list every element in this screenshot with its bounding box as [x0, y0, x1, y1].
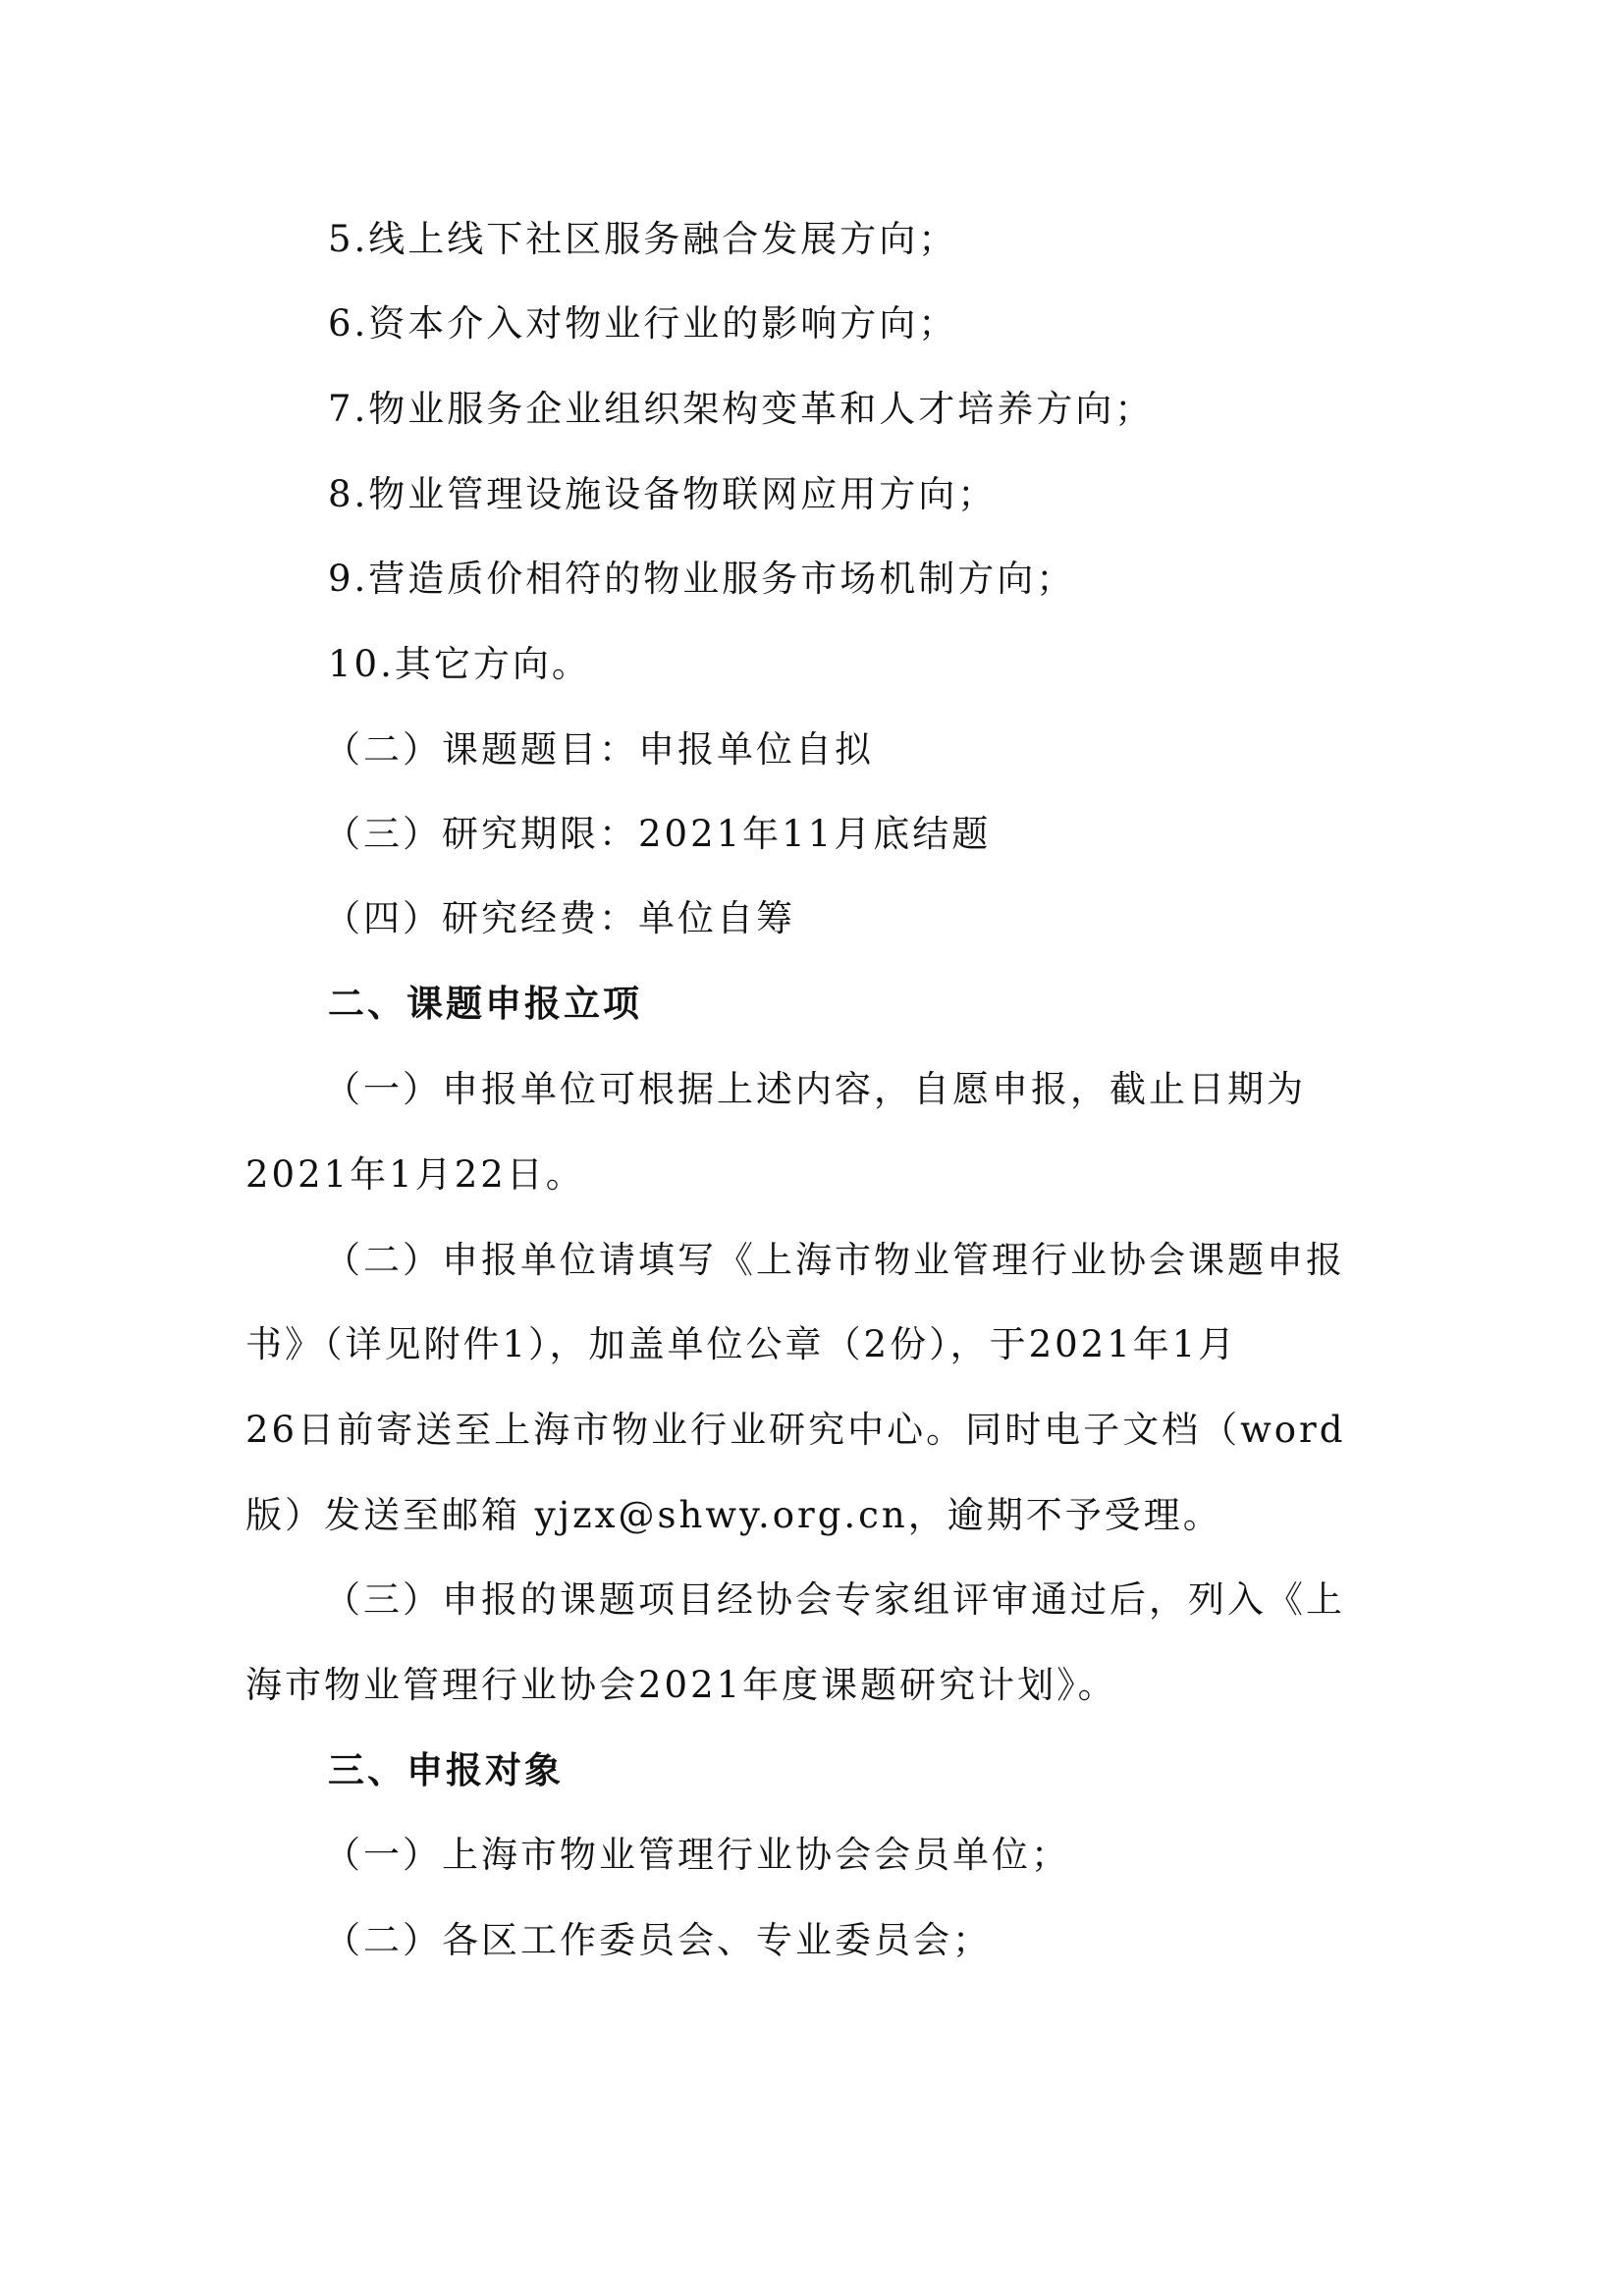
list-item: 7.物业服务企业组织架构变革和人才培养方向；	[328, 388, 1154, 431]
paragraph: 2021年1月22日。	[245, 1153, 585, 1197]
paragraph: 26日前寄送至上海市物业行业研究中心。同时电子文档（word	[245, 1409, 1345, 1452]
list-item: 6.资本介入对物业行业的影响方向；	[328, 302, 957, 346]
paragraph: 海市物业管理行业协会2021年度课题研究计划》。	[245, 1664, 1117, 1707]
list-item: 8.物业管理设施设备物联网应用方向；	[328, 473, 997, 516]
paragraph: （二）各区工作委员会、专业委员会；	[324, 1919, 992, 1962]
paragraph: （三）研究期限：2021年11月底结题	[324, 813, 991, 856]
paragraph: 版）发送至邮箱 yjzx@shwy.org.cn，逾期不予受理。	[245, 1494, 1222, 1537]
list-item: 5.线上线下社区服务融合发展方向；	[328, 218, 957, 261]
paragraph: （四）研究经费：单位自筹	[324, 897, 795, 940]
list-item: 10.其它方向。	[328, 643, 591, 686]
paragraph: （一）申报单位可根据上述内容，自愿申报，截止日期为	[324, 1068, 1306, 1111]
paragraph: （二）课题题目：申报单位自拟	[324, 728, 874, 772]
paragraph: （二）申报单位请填写《上海市物业管理行业协会课题申报	[324, 1239, 1345, 1282]
paragraph: 书》（详见附件1），加盖单位公章（2份），于2021年1月	[245, 1323, 1237, 1366]
section-heading: 二、课题申报立项	[328, 983, 642, 1026]
paragraph: （三）申报的课题项目经协会专家组评审通过后，列入《上	[324, 1578, 1345, 1622]
section-heading: 三、申报对象	[328, 1749, 564, 1792]
list-item: 9.营造质价相符的物业服务市场机制方向；	[328, 558, 1075, 601]
paragraph: （一）上海市物业管理行业协会会员单位；	[324, 1834, 1070, 1877]
